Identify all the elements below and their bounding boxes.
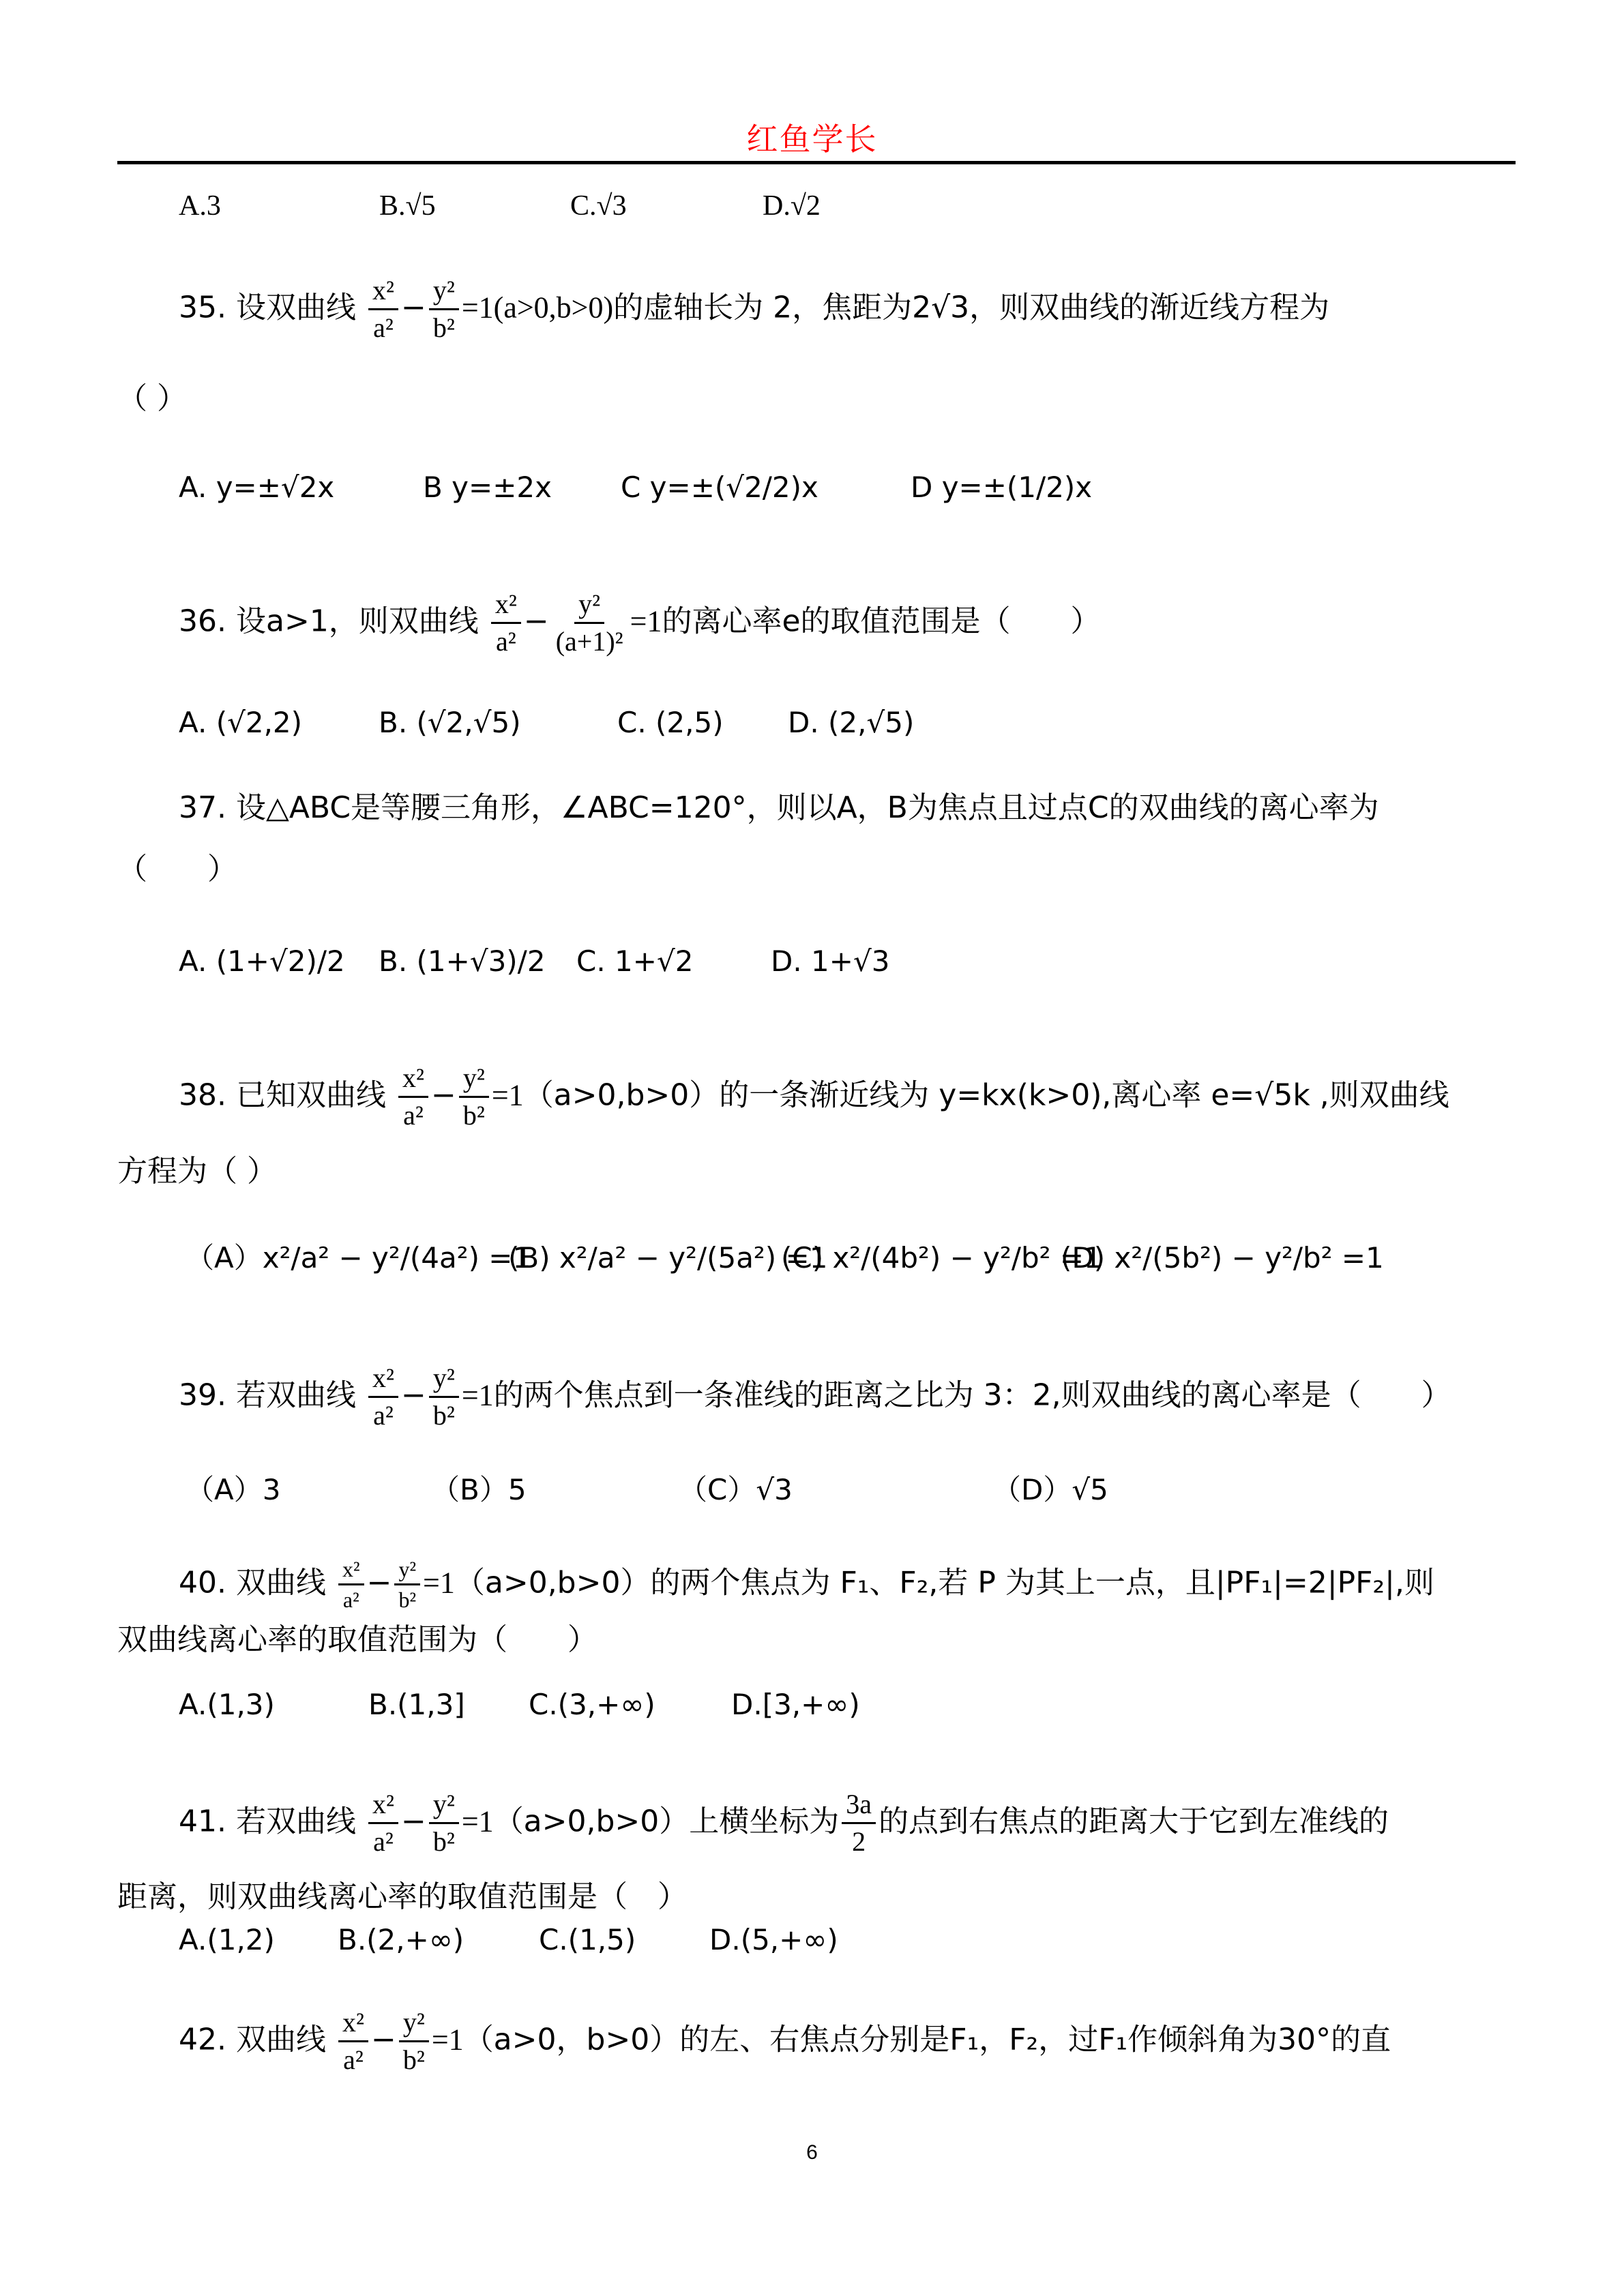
q40-option-c: C.(3,+∞)	[529, 1684, 655, 1725]
header-divider	[117, 161, 1516, 164]
question-number: 41.	[179, 1804, 226, 1839]
q36-option-d: D. (2,√5)	[788, 702, 914, 743]
q40-option-d: D.[3,+∞)	[731, 1684, 860, 1725]
question-35-blank: （ ）	[117, 378, 187, 419]
q40-option-b: B.(1,3]	[368, 1684, 465, 1725]
question-number: 40.	[179, 1566, 226, 1600]
question-40-line2: 双曲线离心率的取值范围为（ ）	[117, 1620, 597, 1660]
q38-option-d: (D) x²/(5b²) − y²/b² =1	[1061, 1238, 1384, 1279]
fraction: x²a²	[338, 1555, 364, 1614]
question-number: 39.	[179, 1378, 226, 1413]
q37-option-b: B. (1+√3)/2	[379, 941, 546, 982]
fraction: x²a²	[368, 1360, 398, 1433]
fraction: y²(a+1)²	[552, 586, 628, 659]
question-37-blank: （ ）	[117, 849, 237, 890]
question-39: 39. 若双曲线 x²a²−y²b²=1的两个焦点到一条准线的距离之比为 3：2…	[179, 1360, 1451, 1433]
question-number: 36.	[179, 604, 226, 639]
header-title: 红鱼学长	[0, 115, 1624, 160]
q35-option-a: A. y=±√2x	[179, 467, 334, 508]
q39-option-c: （C）√3	[679, 1470, 793, 1510]
question-41: 41. 若双曲线 x²a²−y²b²=1（a>0,b>0）上横坐标为3a2的点到…	[179, 1787, 1389, 1860]
q35-option-c: C y=±(√2/2)x	[621, 467, 818, 508]
fraction: x²a²	[398, 1060, 428, 1133]
q34-option-a: A.3	[179, 185, 221, 226]
fraction: x²a²	[338, 2005, 368, 2078]
q34-option-d: D.√2	[763, 185, 821, 226]
question-number: 35.	[179, 290, 226, 325]
question-number: 38.	[179, 1078, 226, 1113]
question-42: 42. 双曲线 x²a²−y²b²=1（a>0，b>0）的左、右焦点分别是F₁，…	[179, 2005, 1391, 2078]
q34-option-b: B.√5	[379, 185, 436, 226]
fraction: x²a²	[368, 1787, 398, 1860]
q34-option-c: C.√3	[570, 185, 627, 226]
question-number: 42.	[179, 2023, 226, 2057]
question-38: 38. 已知双曲线 x²a²−y²b²=1（a>0,b>0）的一条渐近线为 y=…	[179, 1060, 1449, 1133]
question-number: 37.	[179, 790, 226, 825]
question-35: 35. 设双曲线 x²a²−y²b²=1(a>0,b>0)的虚轴长为 2，焦距为…	[179, 273, 1329, 346]
q38-option-b: (B) x²/a² − y²/(5a²) =1	[508, 1238, 827, 1279]
q41-option-b: B.(2,+∞)	[338, 1920, 464, 1960]
page-number: 6	[0, 2141, 1624, 2164]
fraction: y²b²	[399, 2005, 429, 2078]
q36-option-b: B. (√2,√5)	[379, 702, 521, 743]
q37-option-c: C. 1+√2	[576, 941, 693, 982]
q36-option-a: A. (√2,2)	[179, 702, 302, 743]
q39-option-b: （B）5	[431, 1470, 527, 1510]
question-36: 36. 设a>1，则双曲线 x²a²−y²(a+1)²=1的离心率e的取值范围是…	[179, 586, 1101, 659]
q37-option-d: D. 1+√3	[771, 941, 889, 982]
fraction: x²a²	[368, 273, 398, 346]
q39-option-d: （D）√5	[992, 1470, 1108, 1510]
q41-option-c: C.(1,5)	[539, 1920, 636, 1960]
question-38-line2: 方程为（ ）	[117, 1151, 277, 1192]
fraction: y²b²	[429, 1787, 459, 1860]
q35-option-d: D y=±(1/2)x	[911, 467, 1092, 508]
q38-option-c: (C) x²/(4b²) − y²/b² =1	[781, 1238, 1102, 1279]
q41-option-a: A.(1,2)	[179, 1920, 275, 1960]
question-37: 37. 设△ABC是等腰三角形，∠ABC=120°，则以A，B为焦点且过点C的双…	[179, 788, 1379, 829]
q40-option-a: A.(1,3)	[179, 1684, 275, 1725]
fraction: y²b²	[394, 1555, 420, 1614]
fraction: y²b²	[459, 1060, 489, 1133]
fraction: x²a²	[491, 586, 521, 659]
question-41-line2: 距离，则双曲线离心率的取值范围是（ ）	[117, 1877, 688, 1918]
q36-option-c: C. (2,5)	[617, 702, 724, 743]
q37-option-a: A. (1+√2)/2	[179, 941, 345, 982]
fraction: y²b²	[429, 1360, 459, 1433]
q41-option-d: D.(5,+∞)	[709, 1920, 838, 1960]
question-40: 40. 双曲线 x²a²−y²b²=1（a>0,b>0）的两个焦点为 F₁、F₂…	[179, 1555, 1434, 1614]
fraction: y²b²	[429, 273, 459, 346]
q35-option-b: B y=±2x	[423, 467, 552, 508]
fraction: 3a2	[842, 1787, 876, 1860]
q39-option-a: （A）3	[186, 1470, 280, 1510]
q38-option-a: （A）x²/a² − y²/(4a²) =1	[186, 1238, 531, 1279]
